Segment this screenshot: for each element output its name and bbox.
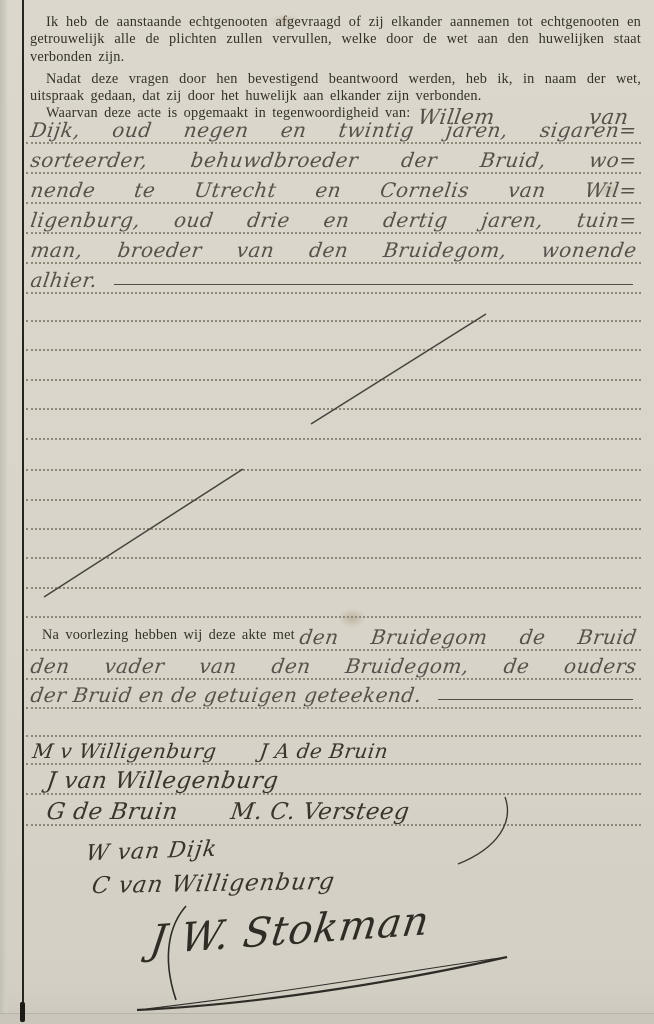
fill-line [438,699,633,700]
page-bottom-edge [0,1013,654,1024]
ruled-line: alhier. [26,263,641,294]
signature-row: M v Willigenburg J A de Bruin [26,734,641,765]
witness-handwriting-line: man, broeder van den Bruidegom, wonende [26,233,645,262]
ruled-line-empty [26,350,641,381]
ruled-line: der Bruid en de getuigen geteekend. [26,678,641,709]
signature-groom: M v Willigenburg [28,734,225,763]
signature-mother-bride: M. C. Versteeg [226,795,418,824]
ruled-line: man, broeder van den Bruidegom, wonende [26,233,641,264]
signature-registrar: J W. Stokman [147,898,433,964]
page-left-shadow [0,0,7,1024]
signature-row: G de Bruin M. C. Versteeg [26,795,641,826]
margin-rule [22,0,24,1012]
closing-intro-printed: Na voorlezing hebben wij deze akte met [26,622,295,649]
ruled-line-empty [26,558,641,589]
closing-handwriting-first: den Bruidegom de Bruid [295,620,645,649]
closing-handwriting-line: der Bruid en de getuigen geteekend. [26,678,430,707]
signature-witness-van-willigenburg: C van Willigenburg [90,869,337,899]
ruled-line-empty [26,409,641,440]
printed-line: verbonden zijn. [30,49,641,66]
ruled-line: Dijk, oud negen en twintig jaren, sigare… [26,113,641,144]
fill-line [114,284,633,285]
ruled-line-empty [26,499,641,530]
ruled-line-empty [26,587,641,618]
printed-line: uitspraak gedaan, dat zij door het huwel… [30,88,641,105]
printed-line: Ik heb de aanstaande echtgenooten afgevr… [30,14,641,31]
printed-paragraph-declaration: Ik heb de aanstaande echtgenooten afgevr… [30,14,641,66]
signature-witness-van-dijk: W van Dijk [84,837,219,867]
ruled-line-empty [26,320,641,351]
registrar-flourish-underline [137,957,507,1010]
ruled-line-empty [26,291,641,322]
ruled-line-empty [26,470,641,501]
marriage-act-page: Ik heb de aanstaande echtgenooten afgevr… [0,0,654,1024]
ruled-line-empty [26,706,641,737]
ruled-line: ligenburg, oud drie en dertig jaren, tui… [26,203,641,234]
printed-line: Nadat deze vragen door hen bevestigend b… [30,71,641,88]
ruled-line: nende te Utrecht en Cornelis van Wil= [26,173,641,204]
ruled-line: den vader van den Bruidegom, de ouders [26,649,641,680]
signature-father-groom: J van Willegenburg [42,764,287,793]
printed-line: getrouwelijk alle de plichten zullen ver… [30,31,641,48]
closing-intro-row: Na voorlezing hebben wij deze akte met d… [26,620,641,651]
signature-father-bride: G de Bruin [42,795,186,824]
margin-rule-ink-blob [20,1002,25,1022]
closing-handwriting-line: den vader van den Bruidegom, de ouders [26,649,645,678]
witness-handwriting-line: Dijk, oud negen en twintig jaren, sigare… [26,113,645,142]
ruled-line-empty [26,440,641,471]
ruled-line: sorteerder, behuwdbroeder der Bruid, wo= [26,143,641,174]
witness-handwriting-line: sorteerder, behuwdbroeder der Bruid, wo= [26,143,645,172]
witness-handwriting-line: ligenburg, oud drie en dertig jaren, tui… [26,203,645,232]
printed-paragraph-pronouncement: Nadat deze vragen door hen bevestigend b… [30,71,641,106]
witness-handwriting-line: alhier. [26,263,106,292]
signature-row: J van Willegenburg [26,764,641,795]
registrar-flourish-underline-echo [137,957,507,1010]
ruled-line-empty [26,379,641,410]
witness-handwriting-line: nende te Utrecht en Cornelis van Wil= [26,173,645,202]
signature-bride: J A de Bruin [255,734,397,763]
ruled-line-empty [26,528,641,559]
